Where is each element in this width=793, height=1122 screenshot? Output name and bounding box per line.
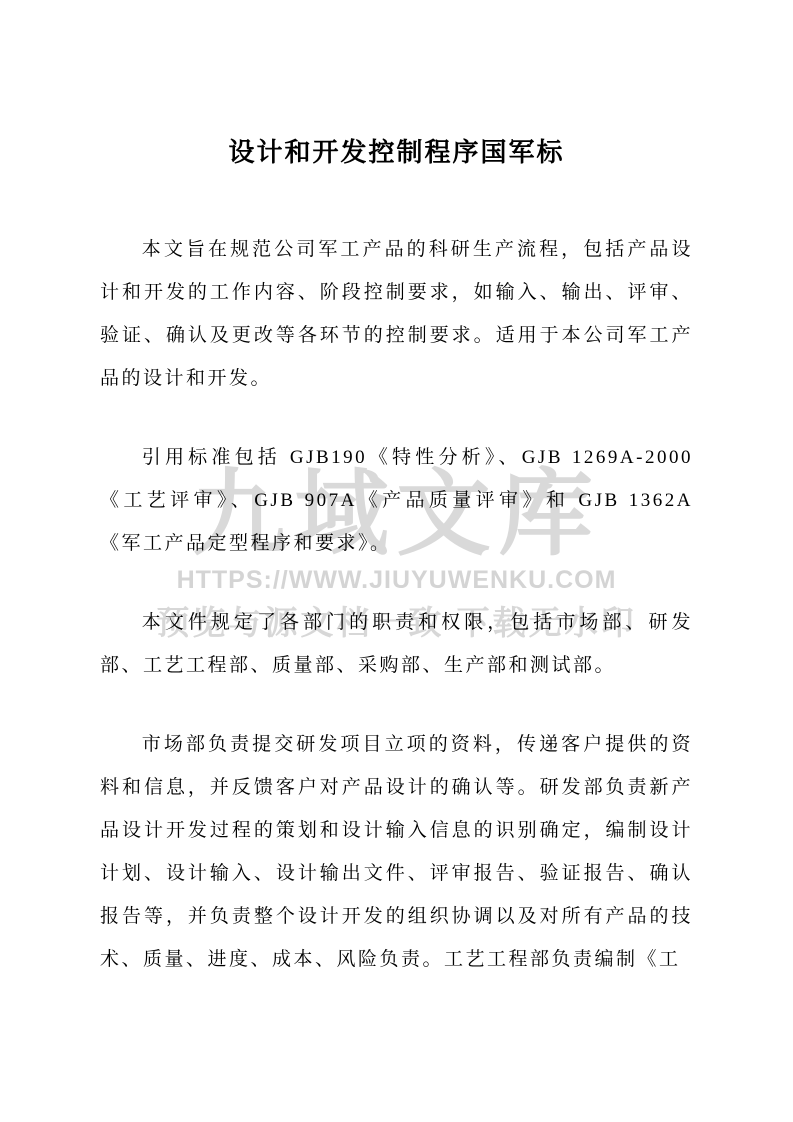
document-page: 九域文库 HTTPS://WWW.JIUYUWENKU.COM 预览与源文档一致… bbox=[0, 0, 793, 1122]
paragraph-department-duties: 市场部负责提交研发项目立项的资料，传递客户提供的资料和信息，并反馈客户对产品设计… bbox=[100, 723, 693, 981]
paragraph-scope: 本文旨在规范公司军工产品的科研生产流程，包括产品设计和开发的工作内容、阶段控制要… bbox=[100, 228, 693, 400]
paragraph-responsibilities-overview: 本文件规定了各部门的职责和权限，包括市场部、研发部、工艺工程部、质量部、采购部、… bbox=[100, 601, 693, 687]
document-content: 设计和开发控制程序国军标 本文旨在规范公司军工产品的科研生产流程，包括产品设计和… bbox=[0, 0, 793, 981]
paragraph-references: 引用标准包括 GJB190《特性分析》、GJB 1269A-2000《工艺评审》… bbox=[100, 436, 693, 565]
document-title: 设计和开发控制程序国军标 bbox=[100, 128, 693, 178]
